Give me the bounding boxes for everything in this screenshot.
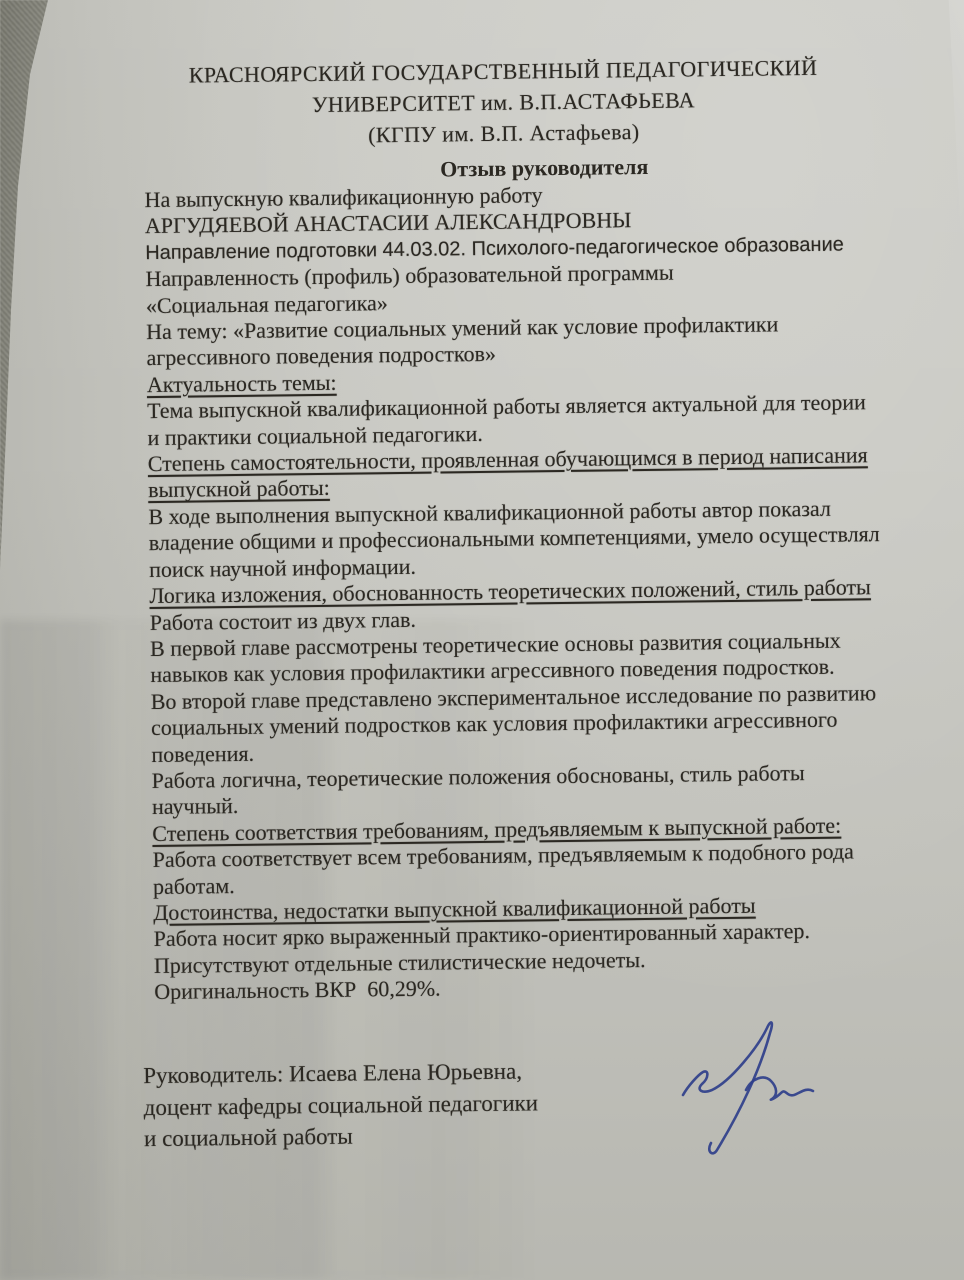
document-body: На выпускную квалификационную работуАРГУ… [144,177,954,1005]
signature-stroke-tail [746,1078,813,1100]
supervisor-block: Руководитель: Исаева Елена Юрьевна, доце… [143,1055,538,1154]
supervisor-position-line: доцент кафедры социальной педагогики [143,1087,538,1123]
signature-ink [628,1000,848,1200]
photographed-document: КРАСНОЯРСКИЙ ГОСУДАРСТВЕННЫЙ ПЕДАГОГИЧЕС… [0,0,964,1280]
supervisor-name-line: Руководитель: Исаева Елена Юрьевна, [143,1055,538,1091]
supervisor-department-line: и социальной работы [144,1118,539,1154]
signature-stroke-main [683,1022,772,1153]
university-header: КРАСНОЯРСКИЙ ГОСУДАРСТВЕННЫЙ ПЕДАГОГИЧЕС… [53,50,954,154]
